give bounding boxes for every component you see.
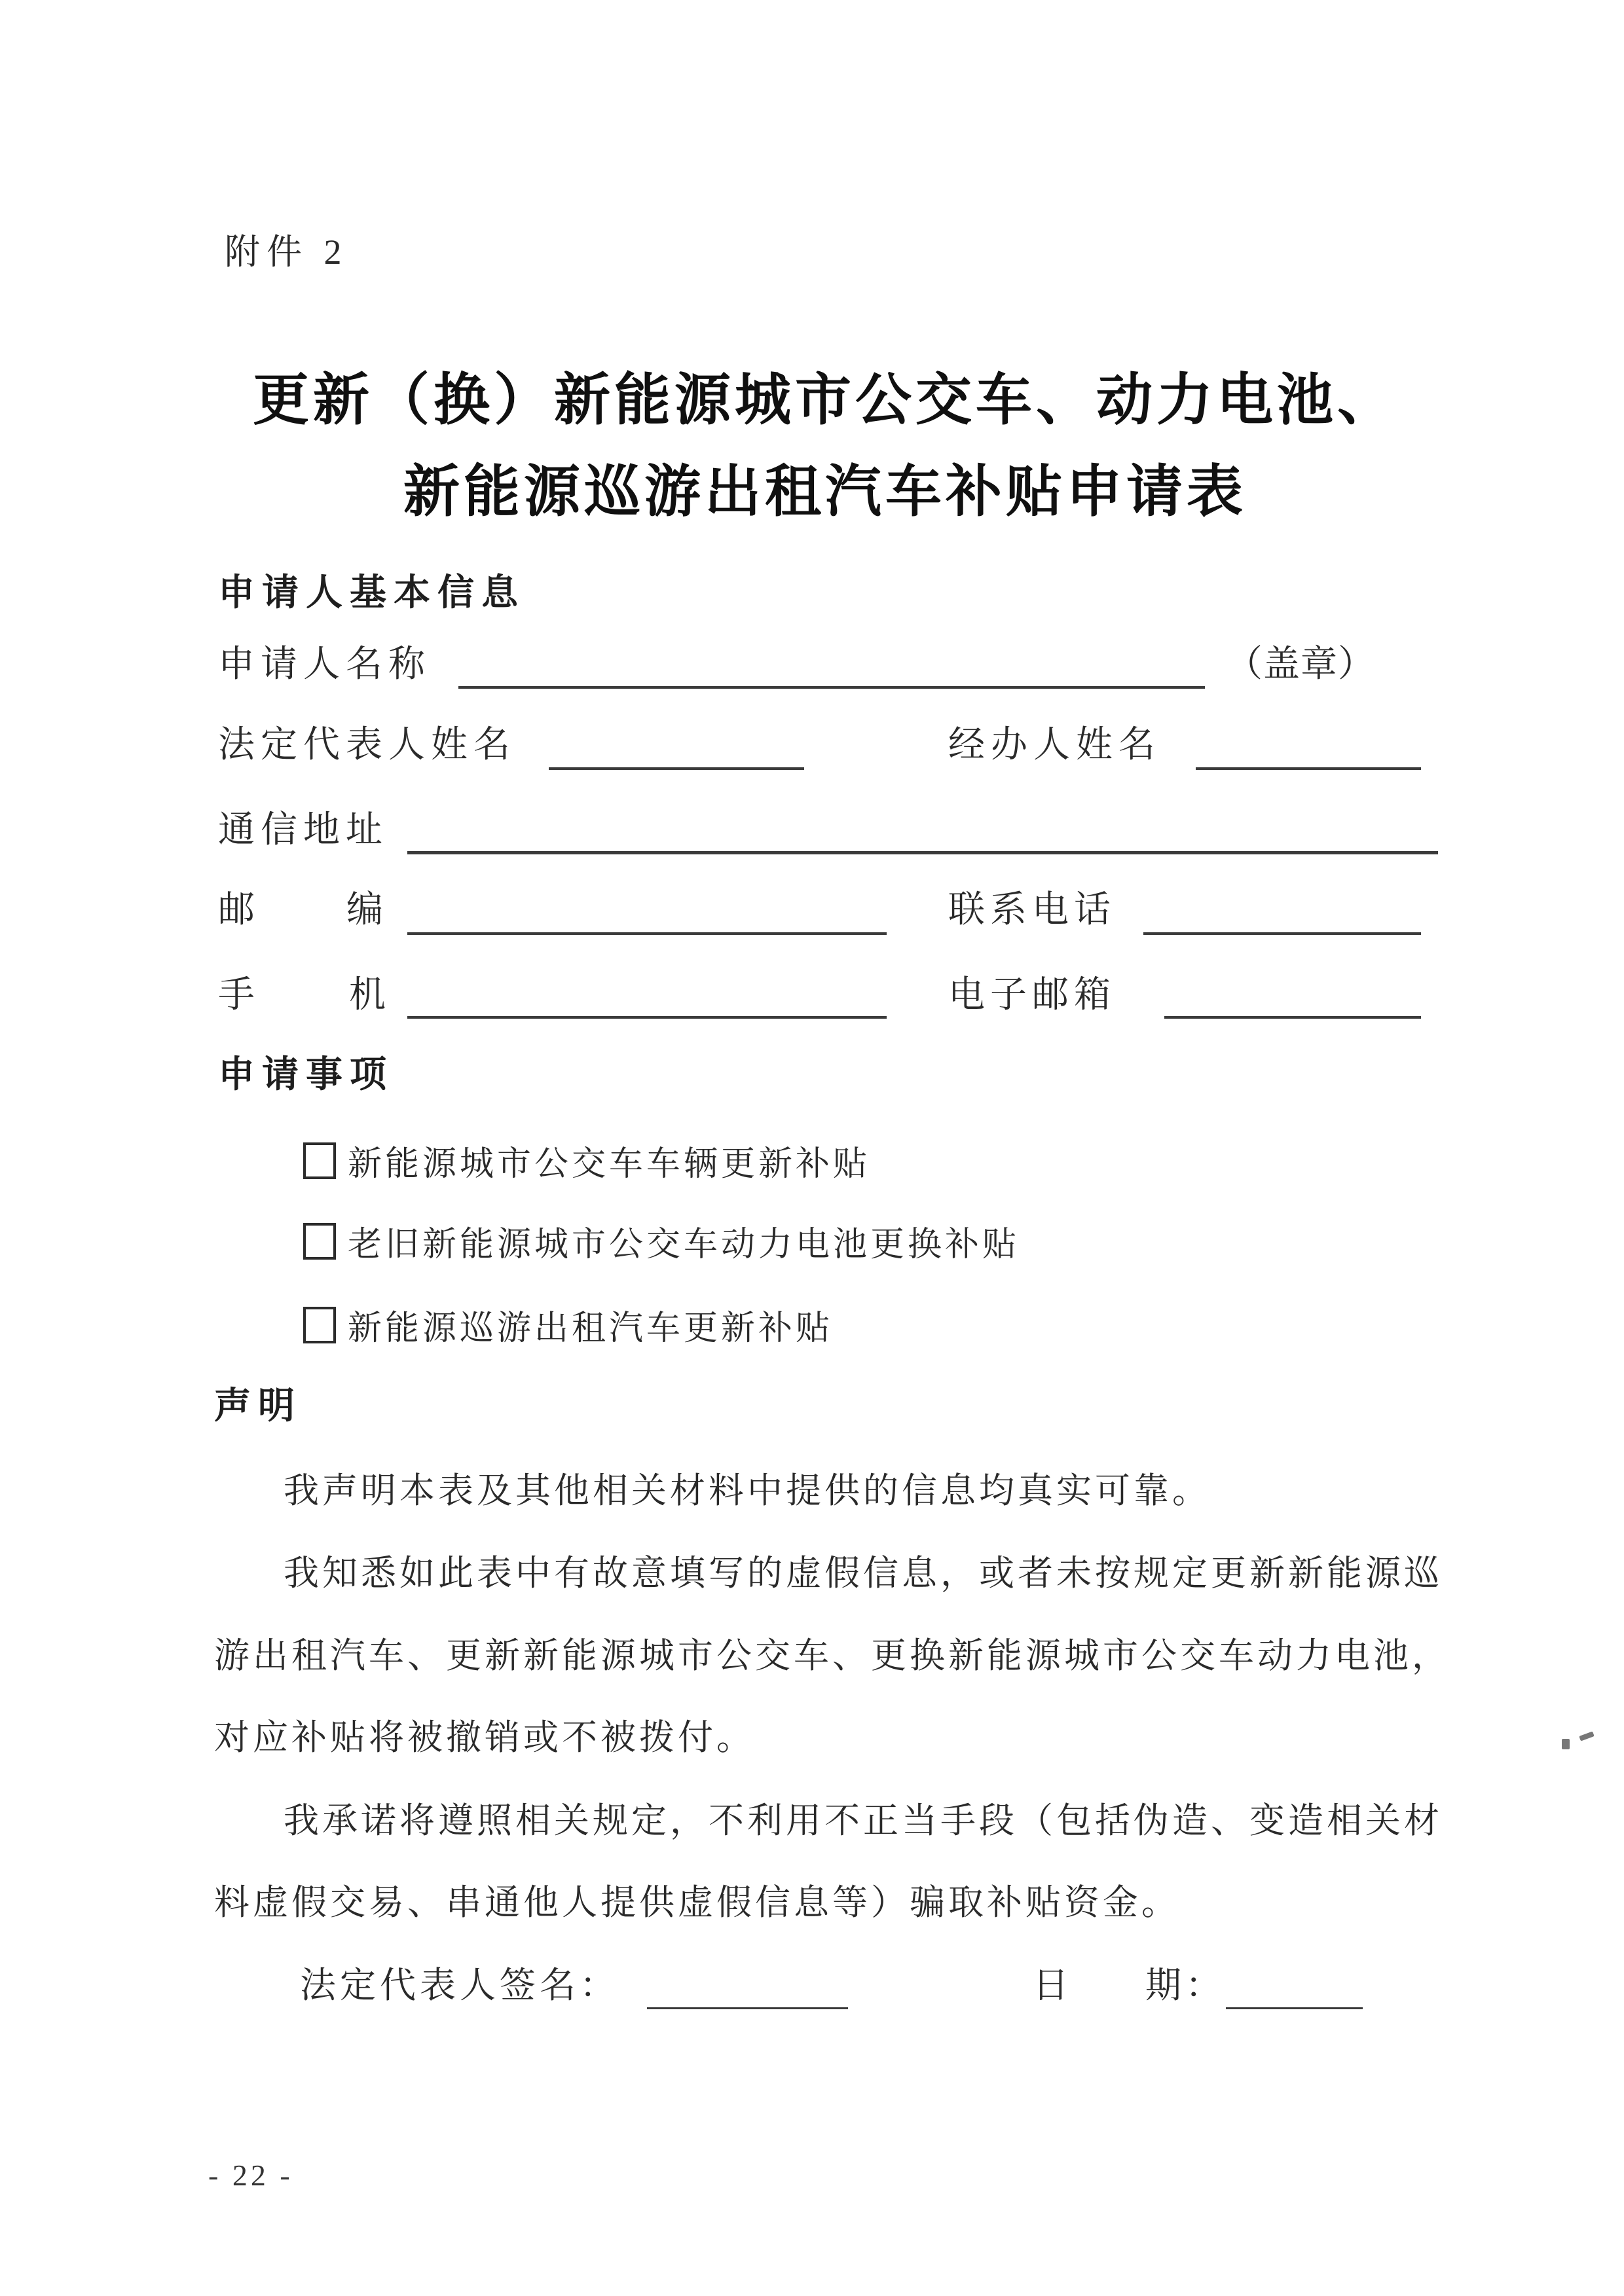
declaration-line: 对应补贴将被撤销或不被拨付。 — [214, 1720, 755, 1755]
postal-code-blank-line — [407, 932, 887, 935]
date-label-char1: 日 — [1033, 1967, 1073, 2003]
form-title-line2: 新能源巡游出租汽车补贴申请表 — [13, 464, 1624, 520]
contact-phone-label: 联系电话 — [948, 892, 1116, 928]
declaration-line: 我承诺将遵照相关规定，不利用不正当手段（包括伪造、变造相关材 — [214, 1803, 1443, 1838]
mobile-label-char1: 手 — [218, 977, 255, 1013]
email-label: 电子邮箱 — [948, 977, 1116, 1013]
scanned-form-page: 附件 2 更新（换）新能源城市公交车、动力电池、 新能源巡游出租汽车补贴申请表 … — [0, 0, 1624, 2296]
legal-rep-name-label: 法定代表人姓名 — [218, 727, 516, 763]
declaration-line: 游出租汽车、更新新能源城市公交车、更换新能源城市公交车动力电池， — [214, 1638, 1450, 1673]
mobile-label-char2: 机 — [349, 977, 386, 1013]
email-blank-line — [1164, 1016, 1421, 1019]
postal-code-label: 邮 编 — [218, 892, 383, 928]
page-number: - 22 - — [208, 2160, 293, 2191]
declaration-heading: 声明 — [214, 1388, 302, 1425]
applicant-name-blank-line — [458, 686, 1205, 689]
contact-phone-blank-line — [1143, 932, 1421, 935]
option-row-battery-replacement: 老旧新能源城市公交车动力电池更换补贴 — [303, 1223, 1020, 1262]
mailing-address-blank-line — [407, 851, 1438, 854]
mailing-address-label: 通信地址 — [218, 812, 388, 848]
declaration-line: 我声明本表及其他相关材料中提供的信息均真实可靠。 — [214, 1473, 1211, 1508]
signature-blank-line — [647, 2007, 848, 2009]
declaration-line: 料虚假交易、串通他人提供虚假信息等）骗取补贴资金。 — [214, 1885, 1180, 1920]
checkbox-icon — [303, 1223, 336, 1260]
declaration-line: 我知悉如此表中有故意填写的虚假信息，或者未按规定更新新能源巡 — [214, 1556, 1443, 1591]
date-label-char2: 期： — [1145, 1967, 1225, 2003]
checkbox-icon — [303, 1142, 336, 1179]
agent-name-label: 经办人姓名 — [948, 727, 1161, 763]
option-label: 老旧新能源城市公交车动力电池更换补贴 — [348, 1226, 1020, 1264]
form-title-line1: 更新（换）新能源城市公交车、动力电池、 — [13, 372, 1624, 428]
option-label: 新能源城市公交车车辆更新补贴 — [348, 1146, 870, 1183]
agent-name-blank-line — [1196, 767, 1421, 770]
scan-artifact-speck — [1579, 1731, 1594, 1741]
scan-artifact-speck — [1562, 1739, 1570, 1749]
applicant-section-heading: 申请人基本信息 — [218, 575, 525, 611]
option-row-bus-vehicle-update: 新能源城市公交车车辆更新补贴 — [303, 1142, 870, 1182]
option-label: 新能源巡游出租汽车更新补贴 — [348, 1310, 833, 1347]
application-items-heading: 申请事项 — [218, 1057, 394, 1093]
postal-code-label-char2: 编 — [346, 892, 383, 928]
checkbox-icon — [303, 1307, 336, 1343]
postal-code-label-char1: 邮 — [218, 892, 255, 928]
applicant-name-label: 申请人名称 — [218, 646, 431, 683]
option-row-taxi-update: 新能源巡游出租汽车更新补贴 — [303, 1307, 833, 1346]
legal-rep-name-blank-line — [549, 767, 804, 770]
attachment-label: 附件 2 — [225, 234, 348, 270]
legal-rep-signature-label: 法定代表人签名： — [300, 1967, 619, 2003]
mobile-label: 手 机 — [218, 977, 386, 1013]
mobile-blank-line — [407, 1016, 887, 1019]
seal-label: （盖章） — [1226, 646, 1375, 683]
date-blank-line — [1226, 2007, 1363, 2009]
